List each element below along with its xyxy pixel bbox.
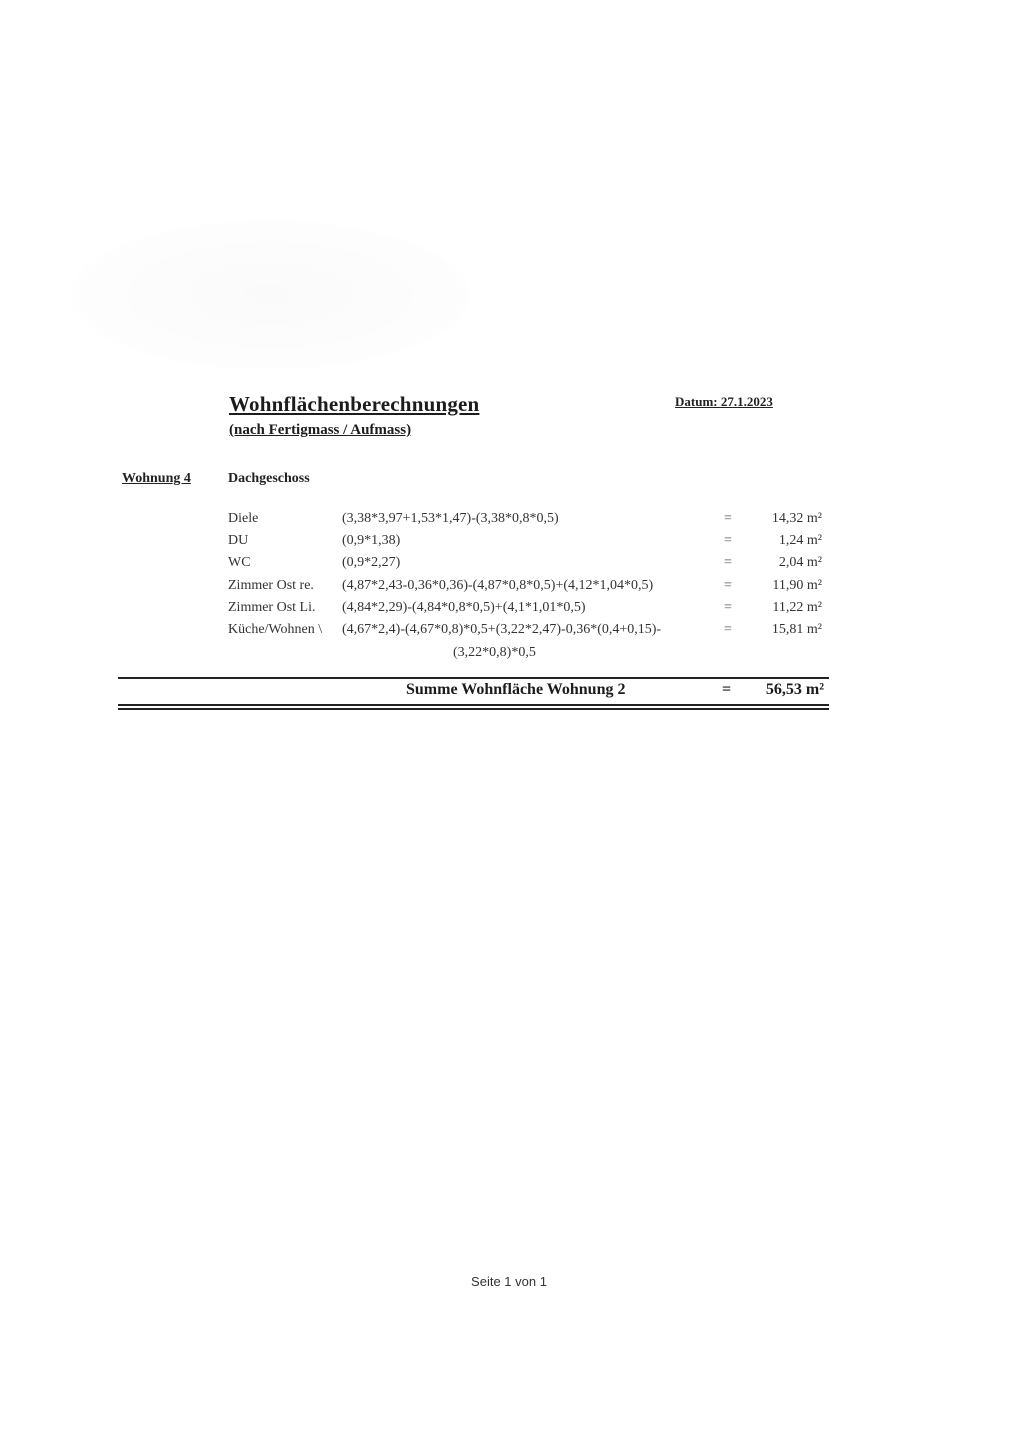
equals-sign: = — [724, 511, 732, 527]
document-title: Wohnflächenberechnungen — [229, 392, 479, 417]
room-name: Zimmer Ost Li. — [228, 600, 316, 616]
room-formula: (0,9*2,27) — [342, 555, 400, 571]
room-name: Diele — [228, 511, 258, 527]
total-equals-sign: = — [722, 681, 731, 699]
room-area: 1,24 m² — [779, 533, 822, 549]
room-area: 11,90 m² — [772, 578, 822, 594]
scan-smudge — [70, 220, 470, 370]
total-double-rule-upper — [118, 704, 829, 706]
floor-label: Dachgeschoss — [228, 471, 310, 487]
total-area: 56,53 m² — [766, 681, 824, 699]
room-formula: (4,87*2,43-0,36*0,36)-(4,87*0,8*0,5)+(4,… — [342, 578, 653, 594]
room-formula-continuation: (3,22*0,8)*0,5 — [453, 645, 536, 661]
room-area: 2,04 m² — [779, 555, 822, 571]
equals-sign: = — [724, 533, 732, 549]
room-name: WC — [228, 555, 251, 571]
unit-label: Wohnung 4 — [122, 471, 191, 487]
room-area: 15,81 m² — [772, 622, 822, 638]
equals-sign: = — [724, 600, 732, 616]
equals-sign: = — [724, 578, 732, 594]
room-formula: (3,38*3,97+1,53*1,47)-(3,38*0,8*0,5) — [342, 511, 559, 527]
total-top-rule — [118, 677, 829, 679]
room-name: Küche/Wohnen \ — [228, 622, 322, 638]
total-label: Summe Wohnfläche Wohnung 2 — [406, 681, 625, 699]
room-formula: (4,67*2,4)-(4,67*0,8)*0,5+(3,22*2,47)-0,… — [342, 622, 661, 638]
equals-sign: = — [724, 622, 732, 638]
page-number: Seite 1 von 1 — [0, 1274, 1018, 1289]
total-double-rule-lower — [118, 708, 829, 710]
room-name: DU — [228, 533, 248, 549]
room-area: 14,32 m² — [772, 511, 822, 527]
room-name: Zimmer Ost re. — [228, 578, 314, 594]
document-date: Datum: 27.1.2023 — [675, 394, 773, 410]
room-formula: (4,84*2,29)-(4,84*0,8*0,5)+(4,1*1,01*0,5… — [342, 600, 586, 616]
equals-sign: = — [724, 555, 732, 571]
room-formula: (0,9*1,38) — [342, 533, 400, 549]
document-subtitle: (nach Fertigmass / Aufmass) — [229, 422, 411, 439]
room-area: 11,22 m² — [772, 600, 822, 616]
